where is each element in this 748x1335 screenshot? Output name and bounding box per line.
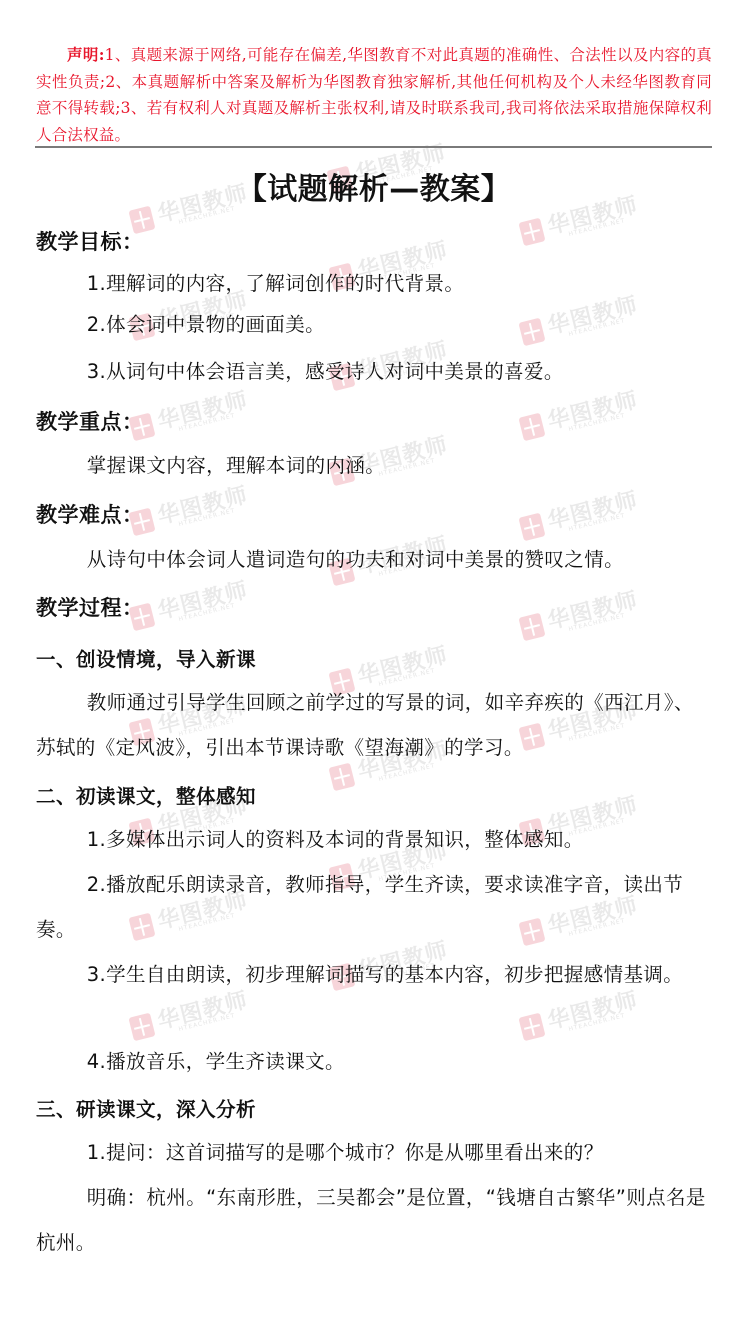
watermark-logo-icon (518, 413, 545, 442)
heading-difficulties: 教学难点： (36, 499, 144, 529)
watermark: 华图教师HTEACHER.NET (516, 581, 643, 653)
difficulty-item: 从诗句中体会词人遣词造句的功夫和对词中美景的赞叹之情。 (36, 547, 712, 573)
watermark: 华图教师HTEACHER.NET (516, 381, 643, 453)
step-paragraph: 2.播放配乐朗读录音，教师指导，学生齐读，要求读准字音，读出节奏。 (36, 862, 712, 952)
step-heading: 三、研读课文，深入分析 (36, 1094, 256, 1122)
disclaimer-lead: 声明: (67, 45, 105, 64)
step-paragraph: 教师通过引导学生回顾之前学过的写景的词，如辛弃疾的《西江月》、苏轼的《定风波》，… (36, 680, 712, 770)
step-paragraph: 1.提问：这首词描写的是哪个城市？你是从哪里看出来的？ (36, 1140, 712, 1166)
key-point-item: 掌握课文内容，理解本词的内涵。 (36, 453, 712, 479)
goal-item: 2.体会词中景物的画面美。 (36, 312, 712, 338)
heading-process: 教学过程： (36, 592, 144, 622)
watermark-logo-icon (518, 613, 545, 642)
heading-goals: 教学目标： (36, 226, 144, 256)
watermark: 华图教师HTEACHER.NET (126, 476, 253, 548)
step-paragraph: 1.多媒体出示词人的资料及本词的背景知识，整体感知。 (36, 827, 712, 853)
watermark-logo-icon (518, 218, 545, 247)
step-paragraph: 4.播放音乐，学生齐读课文。 (36, 1049, 712, 1075)
disclaimer-text: 1、真题来源于网络,可能存在偏差,华图教育不对此真题的准确性、合法性以及内容的真… (36, 46, 712, 144)
step-heading: 二、初读课文，整体感知 (36, 781, 256, 809)
heading-key-points: 教学重点： (36, 406, 144, 436)
step-heading: 一、创设情境，导入新课 (36, 644, 256, 672)
step-paragraph: 明确：杭州。“东南形胜，三吴都会”是位置，“钱塘自古繁华”则点名是杭州。 (36, 1175, 712, 1265)
divider (35, 146, 712, 148)
watermark-logo-icon (518, 513, 545, 542)
goal-item: 1.理解词的内容，了解词创作的时代背景。 (36, 271, 712, 297)
disclaimer: 声明:1、真题来源于网络,可能存在偏差,华图教育不对此真题的准确性、合法性以及内… (36, 42, 712, 148)
watermark: 华图教师HTEACHER.NET (516, 481, 643, 553)
watermark-logo-icon (128, 1013, 155, 1042)
document-page: 华图教师HTEACHER.NET 华图教师HTEACHER.NET 华图教师HT… (0, 0, 748, 1335)
watermark: 华图教师HTEACHER.NET (126, 571, 253, 643)
step-paragraph: 3.学生自由朗读，初步理解词描写的基本内容，初步把握感情基调。 (36, 952, 712, 997)
watermark-logo-icon (518, 1013, 545, 1042)
page-title: 【试题解析—教案】 (0, 164, 748, 208)
goal-item: 3.从词句中体会语言美，感受诗人对词中美景的喜爱。 (36, 359, 712, 385)
watermark: 华图教师HTEACHER.NET (126, 381, 253, 453)
